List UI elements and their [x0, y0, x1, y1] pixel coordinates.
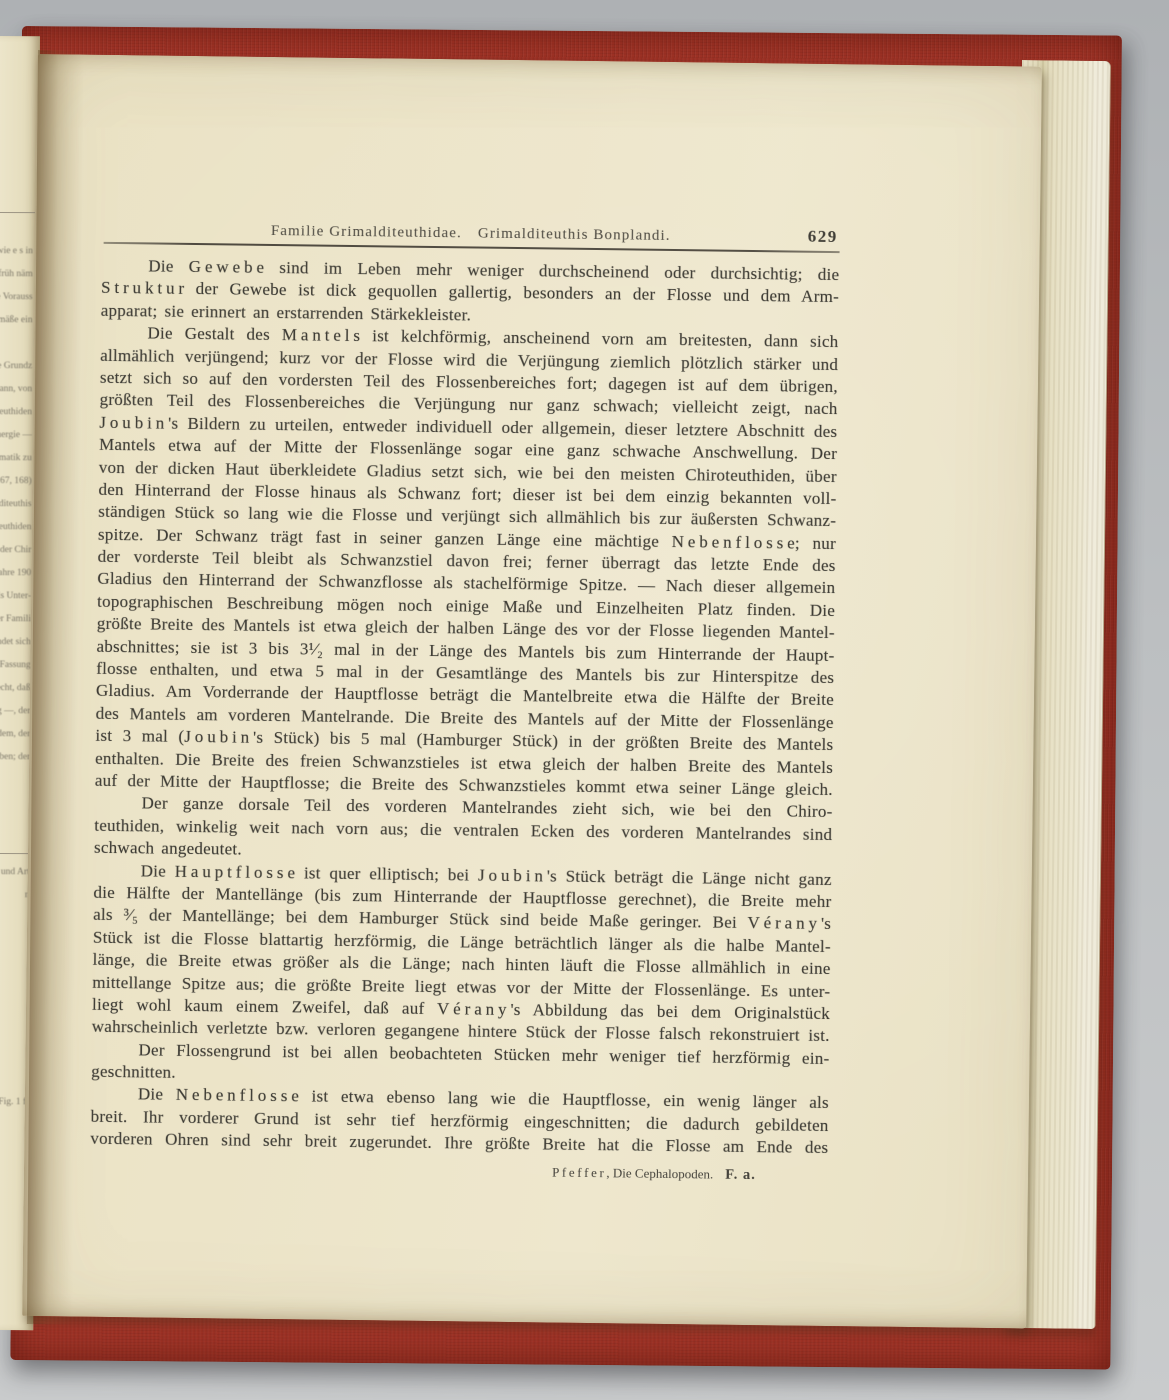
- fragment-line: aus der Chir: [0, 539, 35, 562]
- footer-work: P f e f f e r , Die Cephalopoden.: [552, 1165, 713, 1182]
- header-species: Grimalditeuthis Bonplandi.: [478, 226, 671, 244]
- fragment-line: nach als Unter-: [0, 585, 35, 608]
- fragment-line: dieser Famili: [0, 608, 35, 631]
- fragment-line: ergel mäße ein: [0, 309, 37, 332]
- fragment-line: t für die Vorauss: [0, 286, 37, 309]
- fragment-line: auf die Grundz: [0, 355, 36, 378]
- fragment-line: die Chiroteuthiden: [0, 401, 36, 424]
- fragment-line: im Jahre 190: [0, 562, 35, 585]
- fragment-line: (7, p. 167, 168): [0, 470, 36, 493]
- fragment-line: ni, wie e s in: [0, 240, 37, 263]
- fragment-line: er Chiroteuthiden: [0, 516, 35, 539]
- fragment-line: g der Energie —: [0, 424, 36, 447]
- footer-signature-mark: F. a.: [725, 1167, 756, 1183]
- fragment-line: [0, 332, 36, 355]
- fragment-line: gut dann, von: [0, 378, 36, 401]
- facing-page-rule: [0, 212, 35, 213]
- book-page: Familie Grimalditeuthidae.Grimalditeuthi…: [22, 54, 1042, 1329]
- fragment-line: ndli Grimalditeuthis: [0, 493, 36, 516]
- book-photo-scene: ni, wie e s invorn früh nämt für die Vor…: [0, 0, 1169, 1400]
- page-footer: P f e f f e r , Die Cephalopoden.F. a.: [504, 1164, 804, 1185]
- header-family: Familie Grimalditeuthidae.: [271, 223, 462, 241]
- page-number: 629: [808, 227, 838, 247]
- fragment-line: die Systematik zu: [0, 447, 36, 470]
- fragment-line: vorn früh näm: [0, 263, 37, 286]
- body-text: Die G e w e b e sind im Leben mehr wenig…: [90, 255, 839, 1160]
